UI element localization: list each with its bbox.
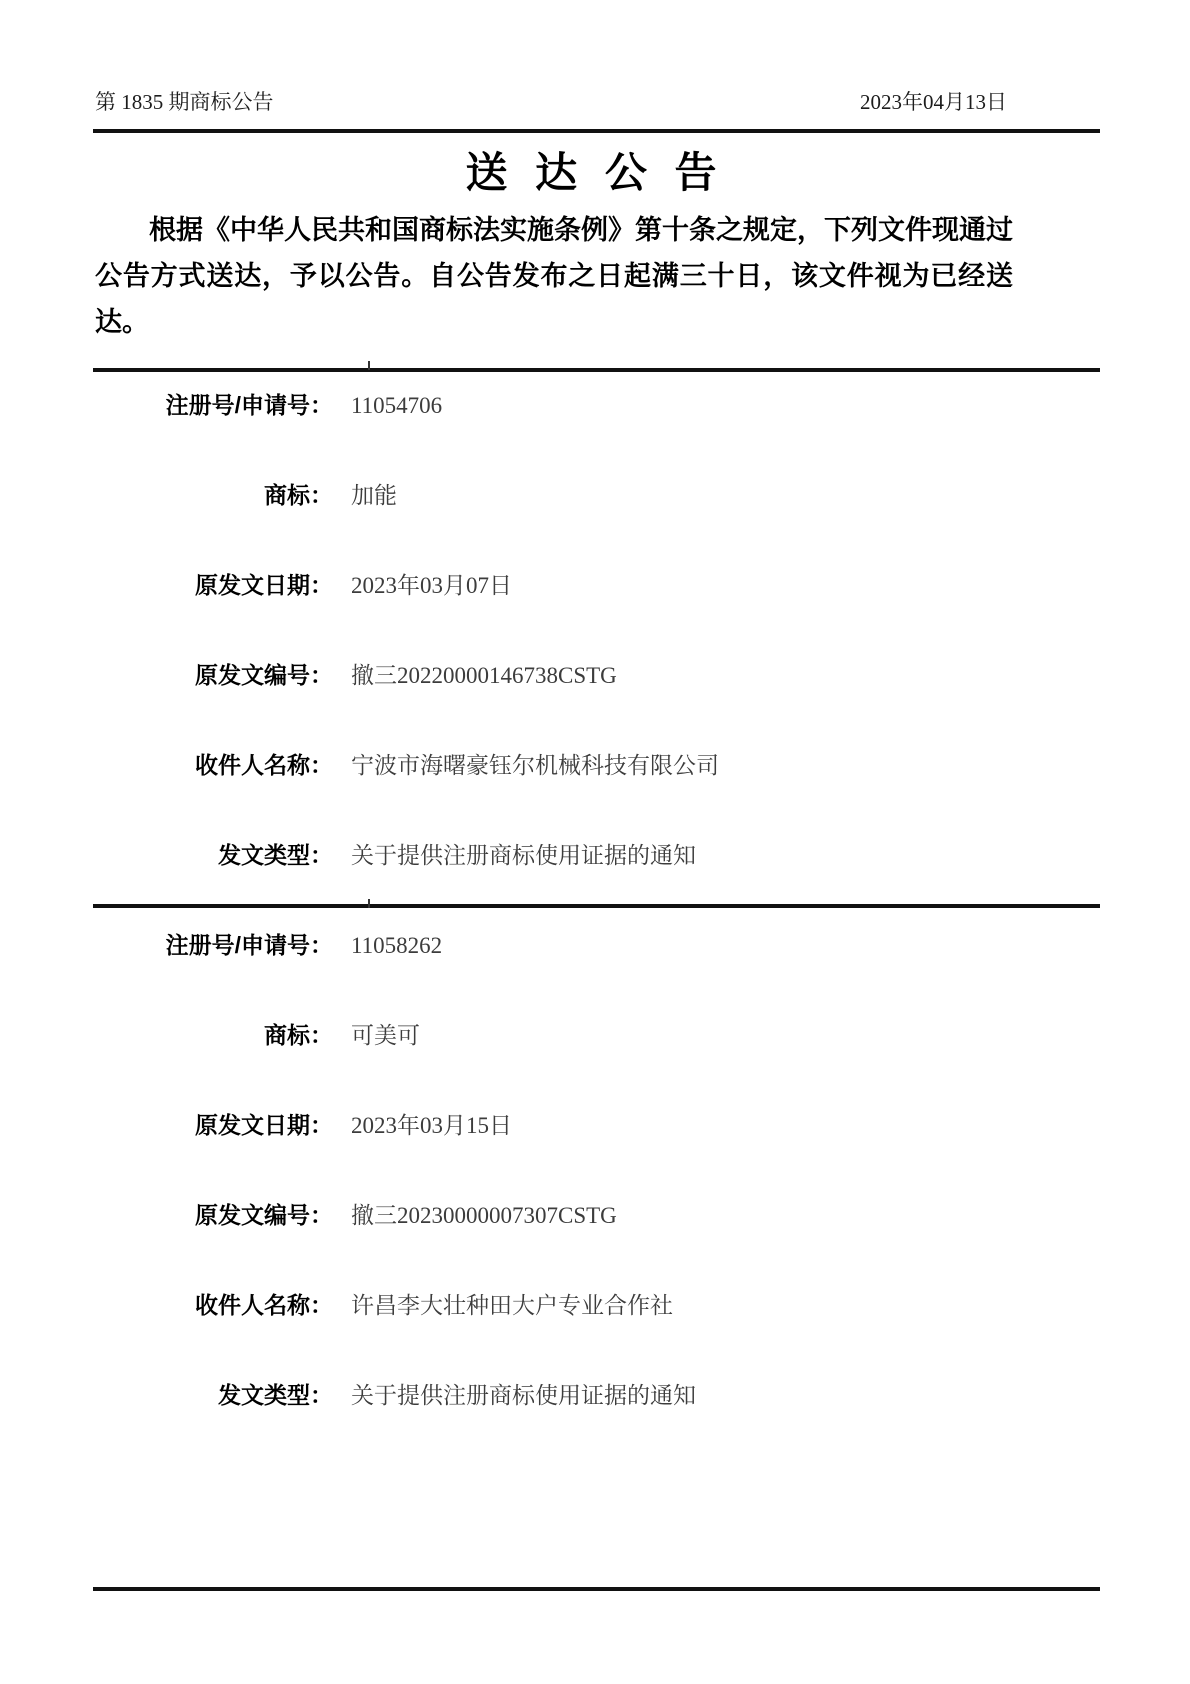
field-value: 11058262 — [333, 926, 442, 966]
gazette-page: 第 1835 期商标公告 2023年04月13日 送 达 公 告 根据《中华人民… — [0, 0, 1190, 1684]
notice-intro-paragraph: 根据《中华人民共和国商标法实施条例》第十条之规定，下列文件现通过公告方式送达，予… — [95, 207, 1013, 345]
field-row-registration-number: 注册号/申请号： 11054706 — [95, 385, 1100, 425]
field-row-recipient-name: 收件人名称： 许昌李大壮种田大户专业合作社 — [95, 1285, 1100, 1325]
footer-rule — [93, 1587, 1100, 1591]
notice-record-1: 注册号/申请号： 11054706 商标： 加能 原发文日期： 2023年03月… — [95, 385, 1100, 925]
field-label: 发文类型： — [95, 1375, 333, 1415]
field-value: 关于提供注册商标使用证据的通知 — [333, 836, 696, 876]
field-row-original-issue-date: 原发文日期： 2023年03月15日 — [95, 1105, 1100, 1145]
notice-record-2: 注册号/申请号： 11058262 商标： 可美可 原发文日期： 2023年03… — [95, 925, 1100, 1465]
table-cell-tick — [368, 899, 370, 908]
table-cell-tick — [368, 361, 370, 370]
field-label: 商标： — [95, 475, 333, 515]
field-value: 撤三20230000007307CSTG — [333, 1196, 617, 1236]
field-label: 注册号/申请号： — [95, 925, 333, 965]
field-label: 收件人名称： — [95, 1285, 333, 1325]
field-value: 许昌李大壮种田大户专业合作社 — [333, 1286, 673, 1326]
field-row-recipient-name: 收件人名称： 宁波市海曙豪钰尔机械科技有限公司 — [95, 745, 1100, 785]
field-value: 加能 — [333, 476, 397, 516]
record-separator-rule — [93, 368, 1100, 372]
field-value: 2023年03月15日 — [333, 1106, 512, 1146]
field-row-registration-number: 注册号/申请号： 11058262 — [95, 925, 1100, 965]
field-row-document-type: 发文类型： 关于提供注册商标使用证据的通知 — [95, 835, 1100, 875]
field-value: 11054706 — [333, 386, 442, 426]
field-label: 原发文编号： — [95, 1195, 333, 1235]
record-separator-rule — [93, 904, 1100, 908]
field-value: 撤三20220000146738CSTG — [333, 656, 617, 696]
field-label: 商标： — [95, 1015, 333, 1055]
field-value: 关于提供注册商标使用证据的通知 — [333, 1376, 696, 1416]
field-row-trademark: 商标： 加能 — [95, 475, 1100, 515]
field-row-original-document-number: 原发文编号： 撤三20230000007307CSTG — [95, 1195, 1100, 1235]
header-rule — [93, 129, 1100, 133]
field-label: 原发文编号： — [95, 655, 333, 695]
gazette-date: 2023年04月13日 — [860, 86, 1007, 116]
field-label: 发文类型： — [95, 835, 333, 875]
field-label: 收件人名称： — [95, 745, 333, 785]
gazette-issue-label: 第 1835 期商标公告 — [95, 86, 274, 116]
field-label: 原发文日期： — [95, 1105, 333, 1145]
field-row-original-issue-date: 原发文日期： 2023年03月07日 — [95, 565, 1100, 605]
field-label: 原发文日期： — [95, 565, 333, 605]
field-value: 2023年03月07日 — [333, 566, 512, 606]
field-value: 可美可 — [333, 1016, 420, 1056]
field-row-original-document-number: 原发文编号： 撤三20220000146738CSTG — [95, 655, 1100, 695]
field-row-trademark: 商标： 可美可 — [95, 1015, 1100, 1055]
field-row-document-type: 发文类型： 关于提供注册商标使用证据的通知 — [95, 1375, 1100, 1415]
page-title: 送 达 公 告 — [0, 140, 1190, 200]
field-value: 宁波市海曙豪钰尔机械科技有限公司 — [333, 746, 719, 786]
field-label: 注册号/申请号： — [95, 385, 333, 425]
page-header: 第 1835 期商标公告 2023年04月13日 — [95, 86, 1007, 116]
